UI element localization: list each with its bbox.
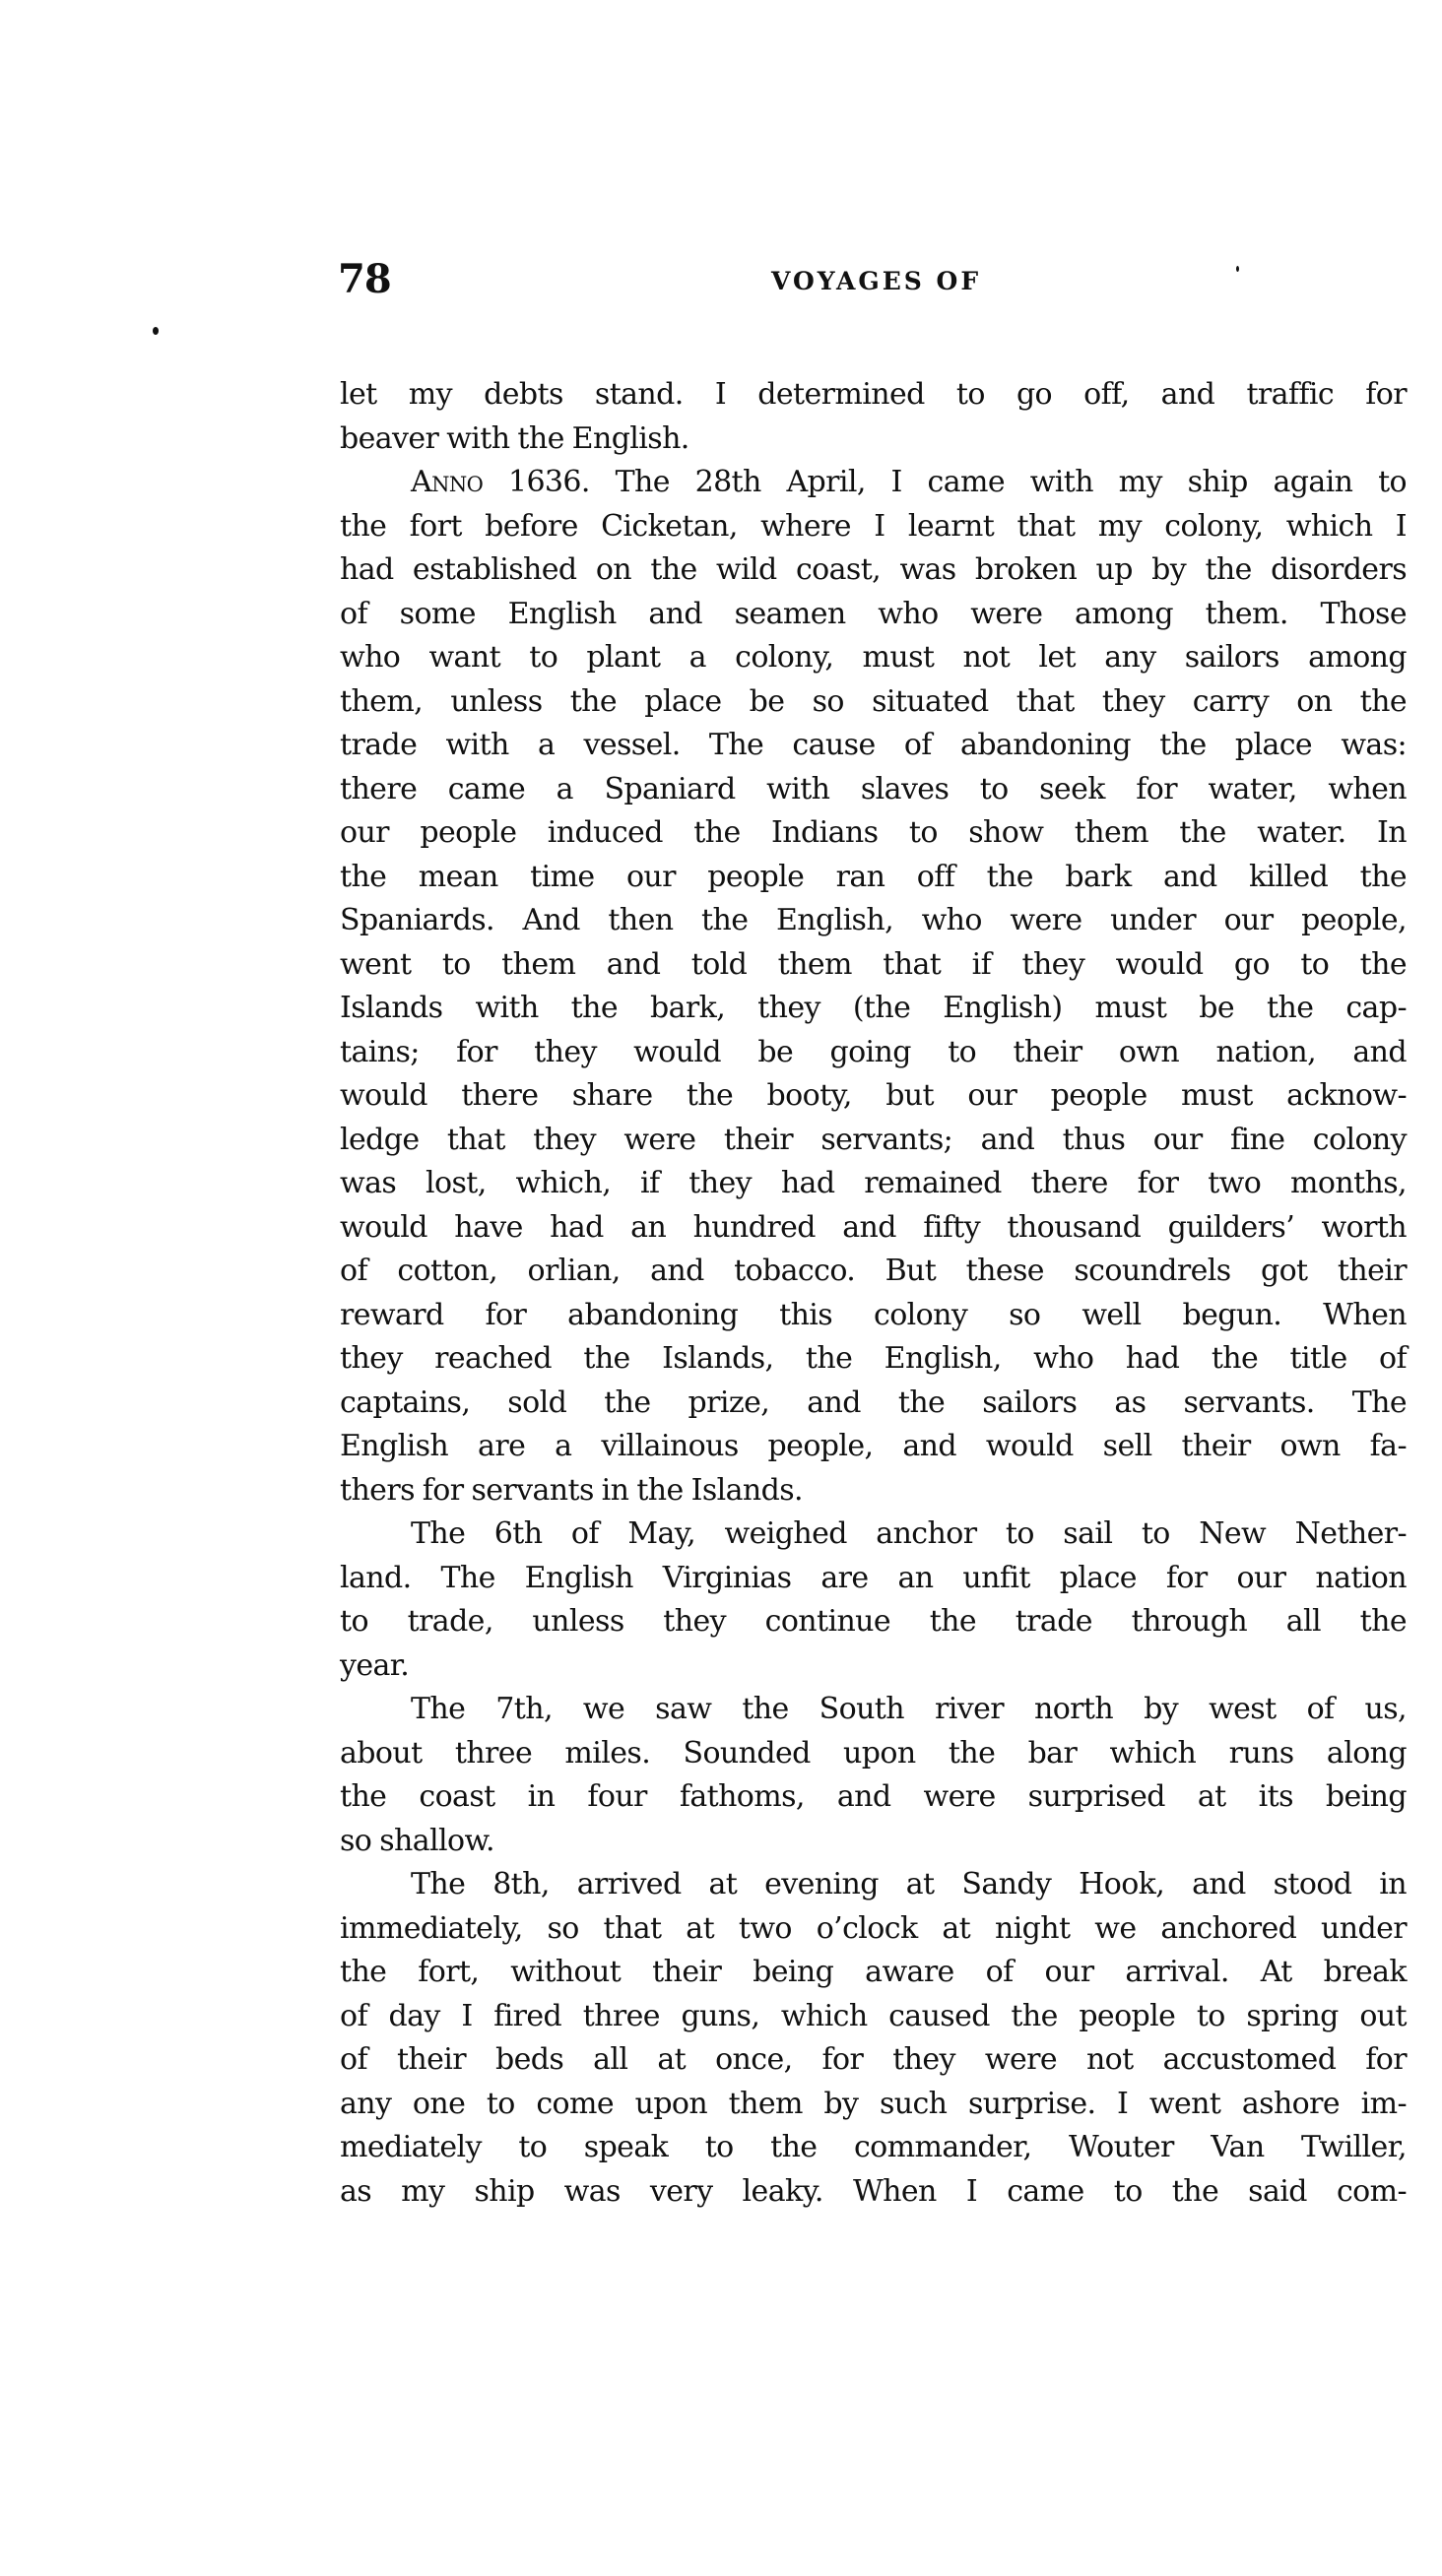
text-line: went to them and told them that if they …: [340, 943, 1407, 988]
text-line: captains, sold the prize, and the sailor…: [340, 1382, 1407, 1426]
running-title: VOYAGES OF: [771, 264, 981, 299]
text-line: had established on the wild coast, was b…: [340, 548, 1407, 593]
text-line: would have had an hundred and fifty thou…: [340, 1206, 1407, 1251]
text-line: any one to come upon them by such surpri…: [340, 2083, 1407, 2127]
text-line: thers for servants in the Islands.: [340, 1469, 1407, 1513]
text-line: let my debts stand. I determined to go o…: [340, 373, 1407, 418]
text-line: Islands with the bark, they (the English…: [340, 987, 1407, 1031]
text-line: our people induced the Indians to show t…: [340, 811, 1407, 856]
text-line: of day I fired three guns, which caused …: [340, 1995, 1407, 2039]
text-line: ledge that they were their servants; and…: [340, 1119, 1407, 1163]
text-line: the fort, without their being aware of o…: [340, 1951, 1407, 1995]
text-line: mediately to speak to the commander, Wou…: [340, 2126, 1407, 2170]
small-caps-lead: Anno: [411, 465, 483, 499]
text-line: year.: [340, 1644, 1407, 1689]
text-line: the coast in four fathoms, and were surp…: [340, 1775, 1407, 1820]
text-line: of cotton, orlian, and tobacco. But thes…: [340, 1250, 1407, 1294]
text-line: reward for abandoning this colony so wel…: [340, 1294, 1407, 1338]
text-line: about three miles. Sounded upon the bar …: [340, 1732, 1407, 1776]
text-line: there came a Spaniard with slaves to see…: [340, 768, 1407, 812]
text-line: The 6th of May, weighed anchor to sail t…: [340, 1513, 1407, 1557]
text-line: of some English and seamen who were amon…: [340, 593, 1407, 637]
text-line: of their beds all at once, for they were…: [340, 2038, 1407, 2083]
text-line: immediately, so that at two o’clock at n…: [340, 1907, 1407, 1952]
text-line: the fort before Cicketan, where I learnt…: [340, 505, 1407, 549]
text-line: tains; for they would be going to their …: [340, 1031, 1407, 1075]
text-line: to trade, unless they continue the trade…: [340, 1600, 1407, 1644]
text-line: land. The English Virginias are an unfit…: [340, 1557, 1407, 1601]
text-line: beaver with the English.: [340, 418, 1407, 462]
text-line: Anno 1636. The 28th April, I came with m…: [340, 461, 1407, 505]
text-line: would there share the booty, but our peo…: [340, 1074, 1407, 1119]
book-page: 78 VOYAGES OF let my debts stand. I dete…: [0, 0, 1442, 2576]
text-line: them, unless the place be so situated th…: [340, 680, 1407, 725]
text-line: so shallow.: [340, 1820, 1407, 1864]
body-text: let my debts stand. I determined to go o…: [340, 373, 1407, 2214]
text-line: The 8th, arrived at evening at Sandy Hoo…: [340, 1863, 1407, 1907]
text-line: who want to plant a colony, must not let…: [340, 636, 1407, 680]
text-line: as my ship was very leaky. When I came t…: [340, 2170, 1407, 2215]
text-line: The 7th, we saw the South river north by…: [340, 1688, 1407, 1732]
text-line: the mean time our people ran off the bar…: [340, 856, 1407, 900]
text-line: they reached the Islands, the English, w…: [340, 1337, 1407, 1382]
text-line: trade with a vessel. The cause of abando…: [340, 724, 1407, 768]
text-line: English are a villainous people, and wou…: [340, 1425, 1407, 1469]
page-number: 78: [338, 258, 391, 301]
running-head: 78 VOYAGES OF: [338, 258, 1407, 301]
text-line: Spaniards. And then the English, who wer…: [340, 899, 1407, 943]
text-line: was lost, which, if they had remained th…: [340, 1162, 1407, 1206]
ink-speck: [153, 327, 159, 335]
